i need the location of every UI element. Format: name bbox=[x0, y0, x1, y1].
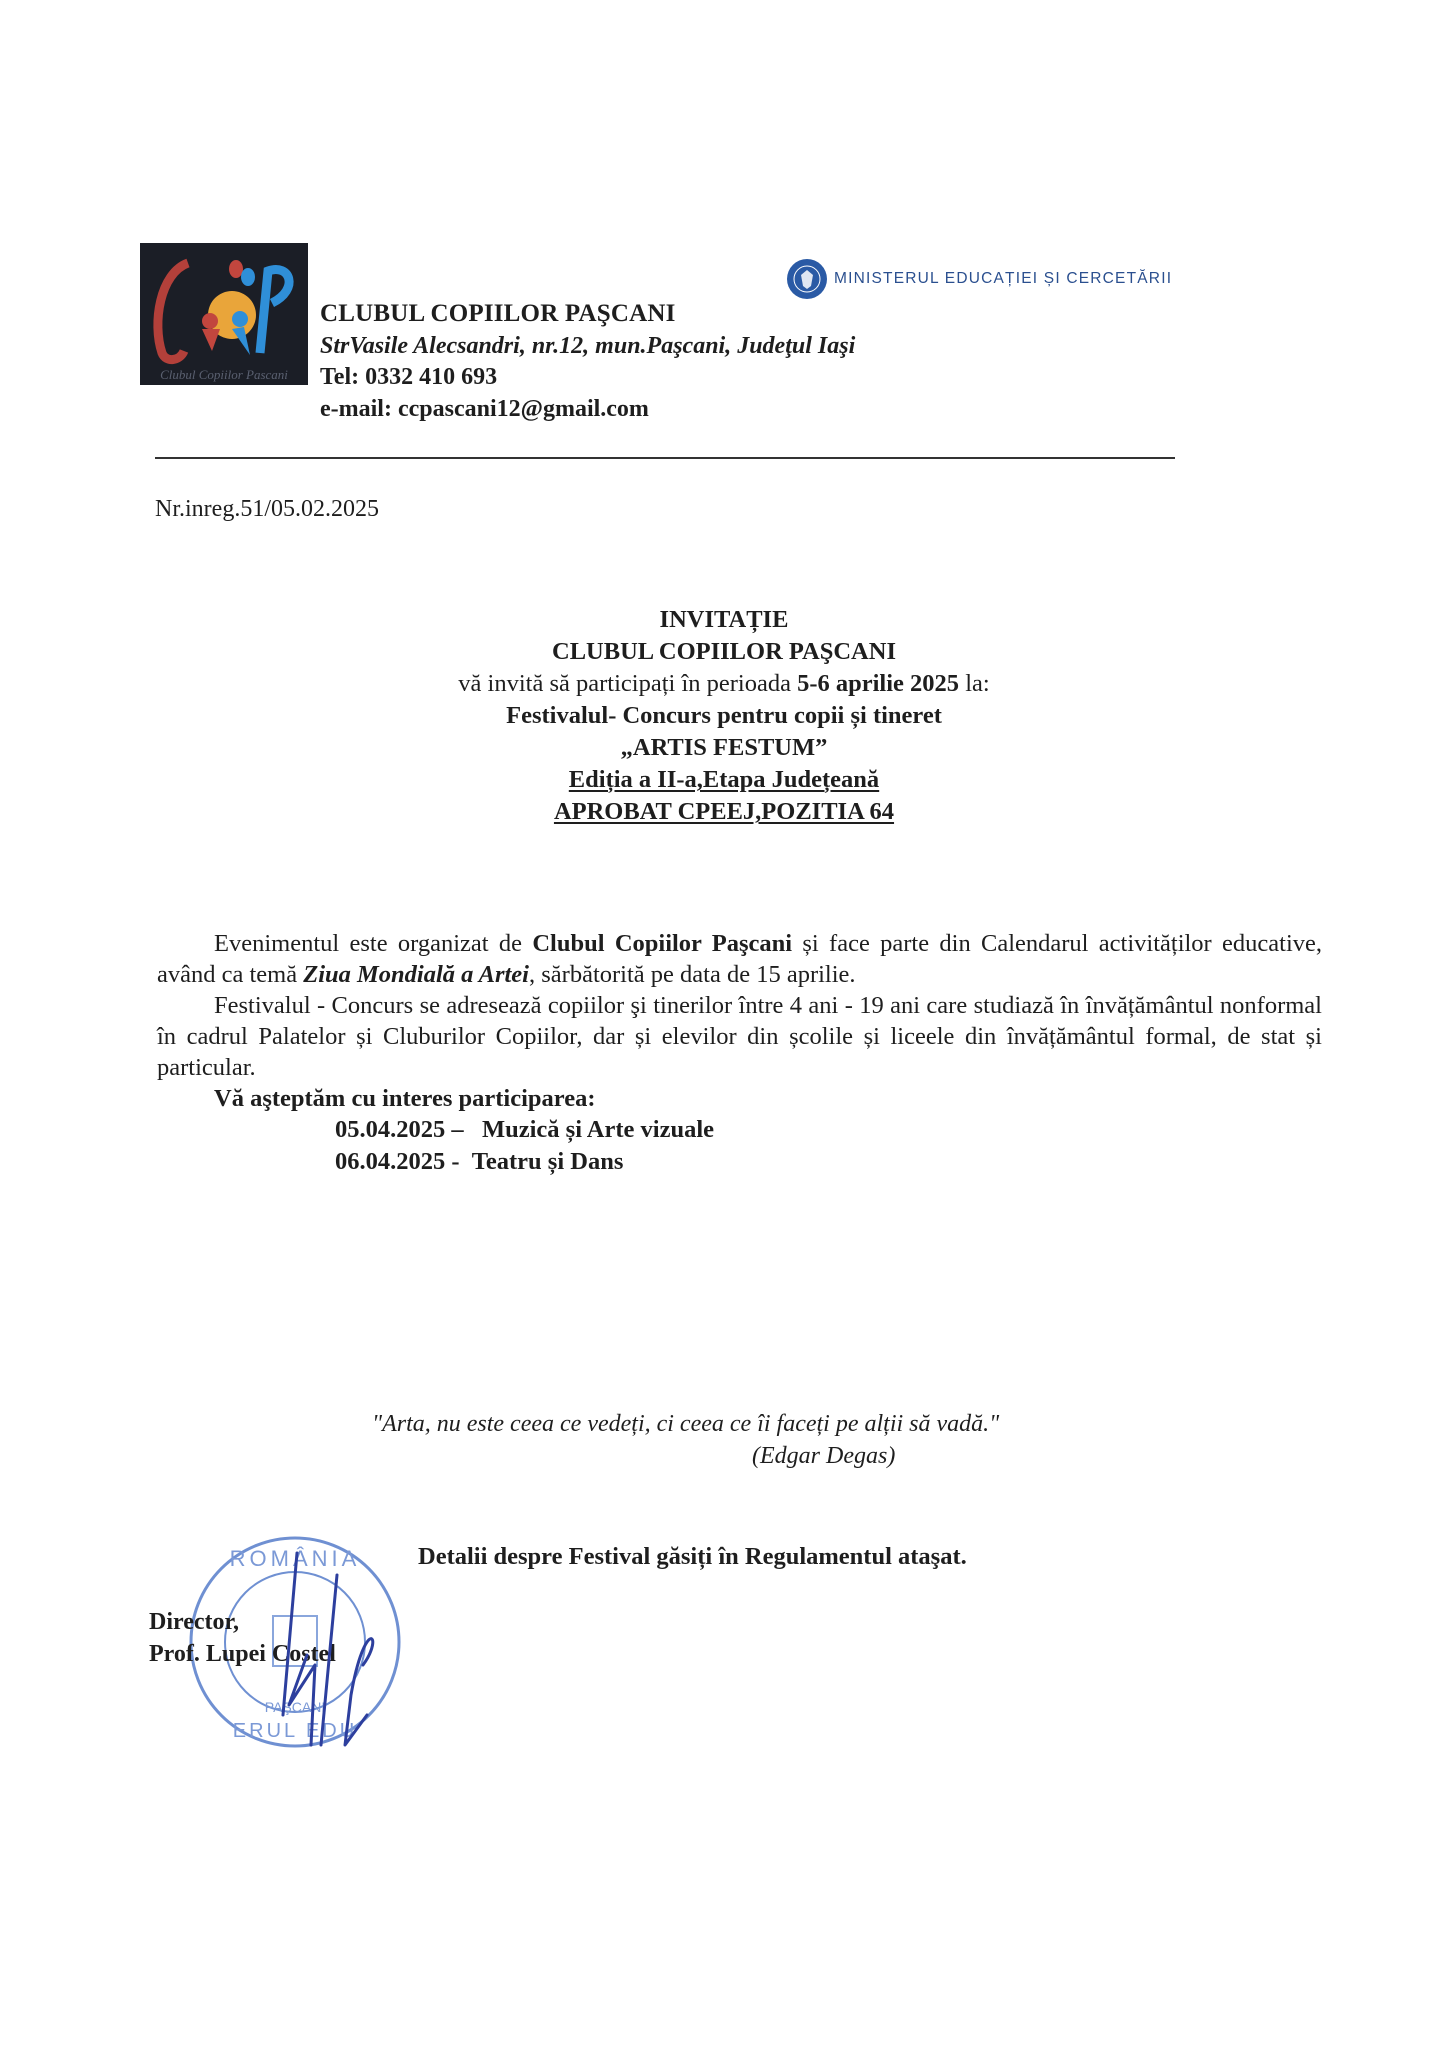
p1-theme: Ziua Mondială a Artei bbox=[303, 961, 529, 988]
org-phone: Tel: 0332 410 693 bbox=[320, 364, 497, 391]
p1-org-name: Clubul Copiilor Paşcani bbox=[532, 930, 792, 957]
handwritten-signature-icon bbox=[245, 1545, 395, 1755]
ministry-header: MINISTERUL EDUCAȚIEI ȘI CERCETĂRII bbox=[786, 258, 1172, 300]
club-logo-icon: Clubul Copiilor Pascani bbox=[140, 243, 308, 385]
invite-period: 5-6 aprilie 2025 bbox=[797, 670, 959, 697]
svg-text:Clubul Copiilor Pascani: Clubul Copiilor Pascani bbox=[160, 367, 288, 382]
org-email: e-mail: ccpascani12@gmail.com bbox=[320, 396, 649, 423]
quote-text: "Arta, nu este ceea ce vedeți, ci ceea c… bbox=[372, 1411, 999, 1438]
org-name: CLUBUL COPIILOR PAŞCANI bbox=[320, 300, 676, 328]
edition-line: Ediția a II-a,Etapa Județeană bbox=[0, 764, 1448, 796]
p1-text-a: Evenimentul este organizat de bbox=[214, 930, 532, 957]
schedule-activity: Teatru și Dans bbox=[472, 1148, 624, 1175]
details-note: Detalii despre Festival găsiți în Regula… bbox=[418, 1543, 967, 1571]
invite-prefix: vă invită să participați în perioada bbox=[458, 670, 797, 697]
await-participation: Vă aşteptăm cu interes participarea: bbox=[214, 1083, 596, 1114]
invitation-org: CLUBUL COPIILOR PAŞCANI bbox=[0, 636, 1448, 668]
schedule-date: 05.04.2025 – bbox=[335, 1116, 464, 1143]
registration-number: Nr.inreg.51/05.02.2025 bbox=[155, 496, 379, 523]
quote-author: (Edgar Degas) bbox=[752, 1443, 895, 1470]
invitation-period-line: vă invită să participați în perioada 5-6… bbox=[0, 668, 1448, 700]
approval-line: APROBAT CPEEJ,POZITIA 64 bbox=[0, 796, 1448, 828]
festival-name: „ARTIS FESTUM” bbox=[0, 732, 1448, 764]
org-address: StrVasile Alecsandri, nr.12, mun.Paşcani… bbox=[320, 333, 855, 360]
paragraph-organizer: Evenimentul este organizat de Clubul Cop… bbox=[157, 928, 1322, 990]
p1-text-e: , sărbătorită pe data de 15 aprilie. bbox=[529, 961, 856, 988]
ministry-name: MINISTERUL EDUCAȚIEI ȘI CERCETĂRII bbox=[834, 270, 1172, 288]
header-divider bbox=[155, 457, 1175, 459]
government-seal-icon bbox=[786, 258, 828, 300]
club-logo: Clubul Copiilor Pascani bbox=[140, 243, 308, 385]
approval: APROBAT CPEEJ,POZITIA 64 bbox=[554, 798, 894, 825]
festival-type: Festivalul- Concurs pentru copii și tine… bbox=[0, 700, 1448, 732]
invitation-title: INVITAȚIE bbox=[0, 604, 1448, 636]
schedule-item: 06.04.2025 - Teatru și Dans bbox=[335, 1146, 623, 1177]
edition: Ediția a II-a,Etapa Județeană bbox=[569, 766, 879, 793]
schedule-item: 05.04.2025 – Muzică și Arte vizuale bbox=[335, 1114, 714, 1145]
paragraph-audience: Festivalul - Concurs se adresează copiil… bbox=[157, 990, 1322, 1083]
invite-suffix: la: bbox=[959, 670, 990, 697]
schedule-activity: Muzică și Arte vizuale bbox=[482, 1116, 714, 1143]
schedule-date: 06.04.2025 - bbox=[335, 1148, 460, 1175]
